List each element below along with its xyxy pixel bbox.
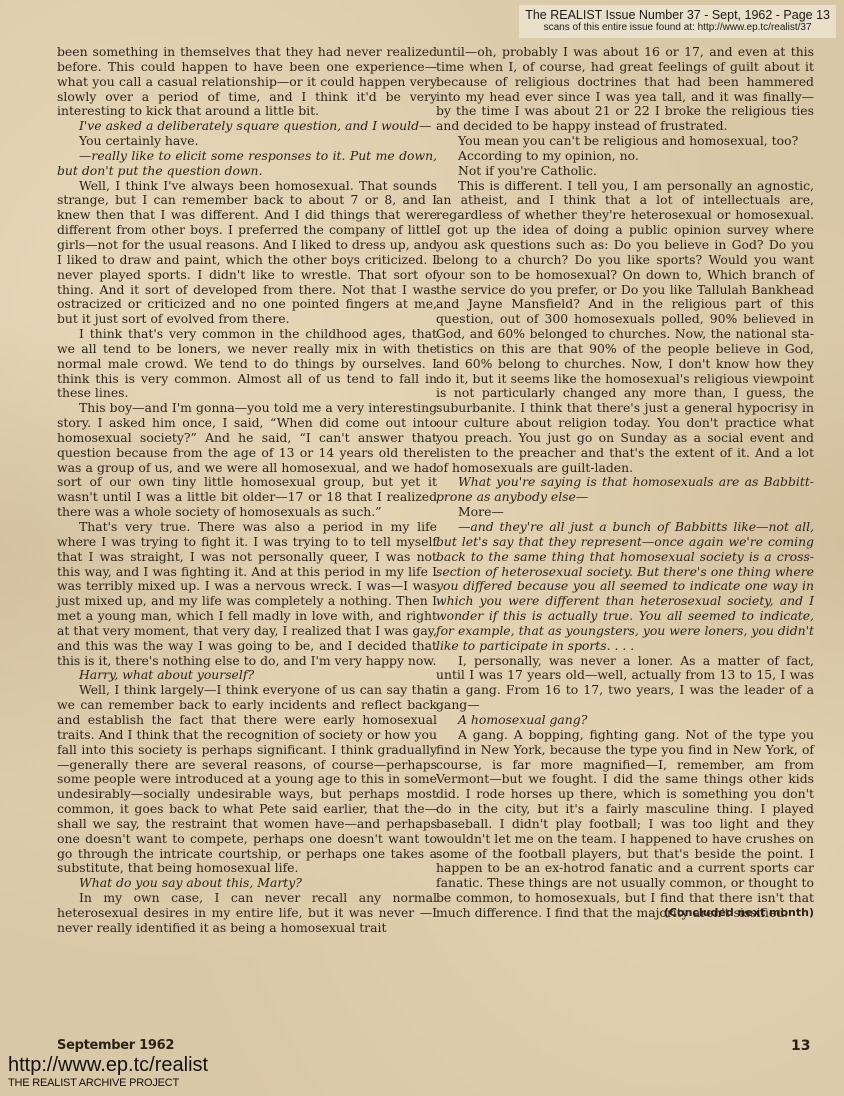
paragraph: until—oh, probably I was about 16 or 17,… — [436, 45, 814, 134]
interviewer-question: —and they're all just a bunch of Babbitt… — [436, 520, 814, 654]
archive-watermark: http://www.ep.tc/realist THE REALIST ARC… — [8, 1054, 208, 1090]
archive-label-title: The REALIST Issue Number 37 - Sept, 1962… — [525, 8, 830, 22]
interviewer-question: What you're saying is that homosexuals a… — [436, 475, 814, 505]
paragraph: You certainly have. — [57, 134, 437, 149]
interviewer-question: I've asked a deliberately square questio… — [57, 119, 437, 134]
archive-label-source: scans of this entire issue found at: htt… — [525, 22, 830, 34]
paragraph: been something in themselves that they h… — [57, 45, 437, 119]
archive-label: The REALIST Issue Number 37 - Sept, 1962… — [519, 5, 836, 38]
paragraph: You mean you can't be religious and homo… — [436, 134, 814, 149]
paragraph: A gang. A bopping, fighting gang. Not of… — [436, 728, 814, 921]
paragraph: Well, I think largely—I think everyone o… — [57, 683, 437, 876]
interviewer-question: Harry, what about yourself? — [57, 668, 437, 683]
footer-page-number: 13 — [791, 1038, 810, 1054]
paragraph: This boy—and I'm gonna—you told me a ver… — [57, 401, 437, 520]
paragraph: Not if you're Catholic. — [436, 164, 814, 179]
footer-issue-date: September 1962 — [57, 1038, 174, 1053]
interviewer-question: A homosexual gang? — [436, 713, 814, 728]
left-column: been something in themselves that they h… — [57, 45, 437, 936]
right-column: until—oh, probably I was about 16 or 17,… — [436, 45, 814, 921]
paragraph: Well, I think I've always been homosexua… — [57, 179, 437, 327]
paragraph: That's very true. There was also a perio… — [57, 520, 437, 668]
paragraph: I think that's very common in the childh… — [57, 327, 437, 401]
paragraph: More— — [436, 505, 814, 520]
interviewer-question: —really like to elicit some responses to… — [57, 149, 437, 179]
paragraph: According to my opinion, no. — [436, 149, 814, 164]
paragraph: This is different. I tell you, I am pers… — [436, 179, 814, 476]
watermark-project: THE REALIST ARCHIVE PROJECT — [8, 1076, 208, 1090]
paragraph: I, personally, was never a loner. As a m… — [436, 654, 814, 713]
watermark-url[interactable]: http://www.ep.tc/realist — [8, 1054, 208, 1076]
paragraph: In my own case, I can never recall any n… — [57, 891, 437, 936]
interviewer-question: What do you say about this, Marty? — [57, 876, 437, 891]
